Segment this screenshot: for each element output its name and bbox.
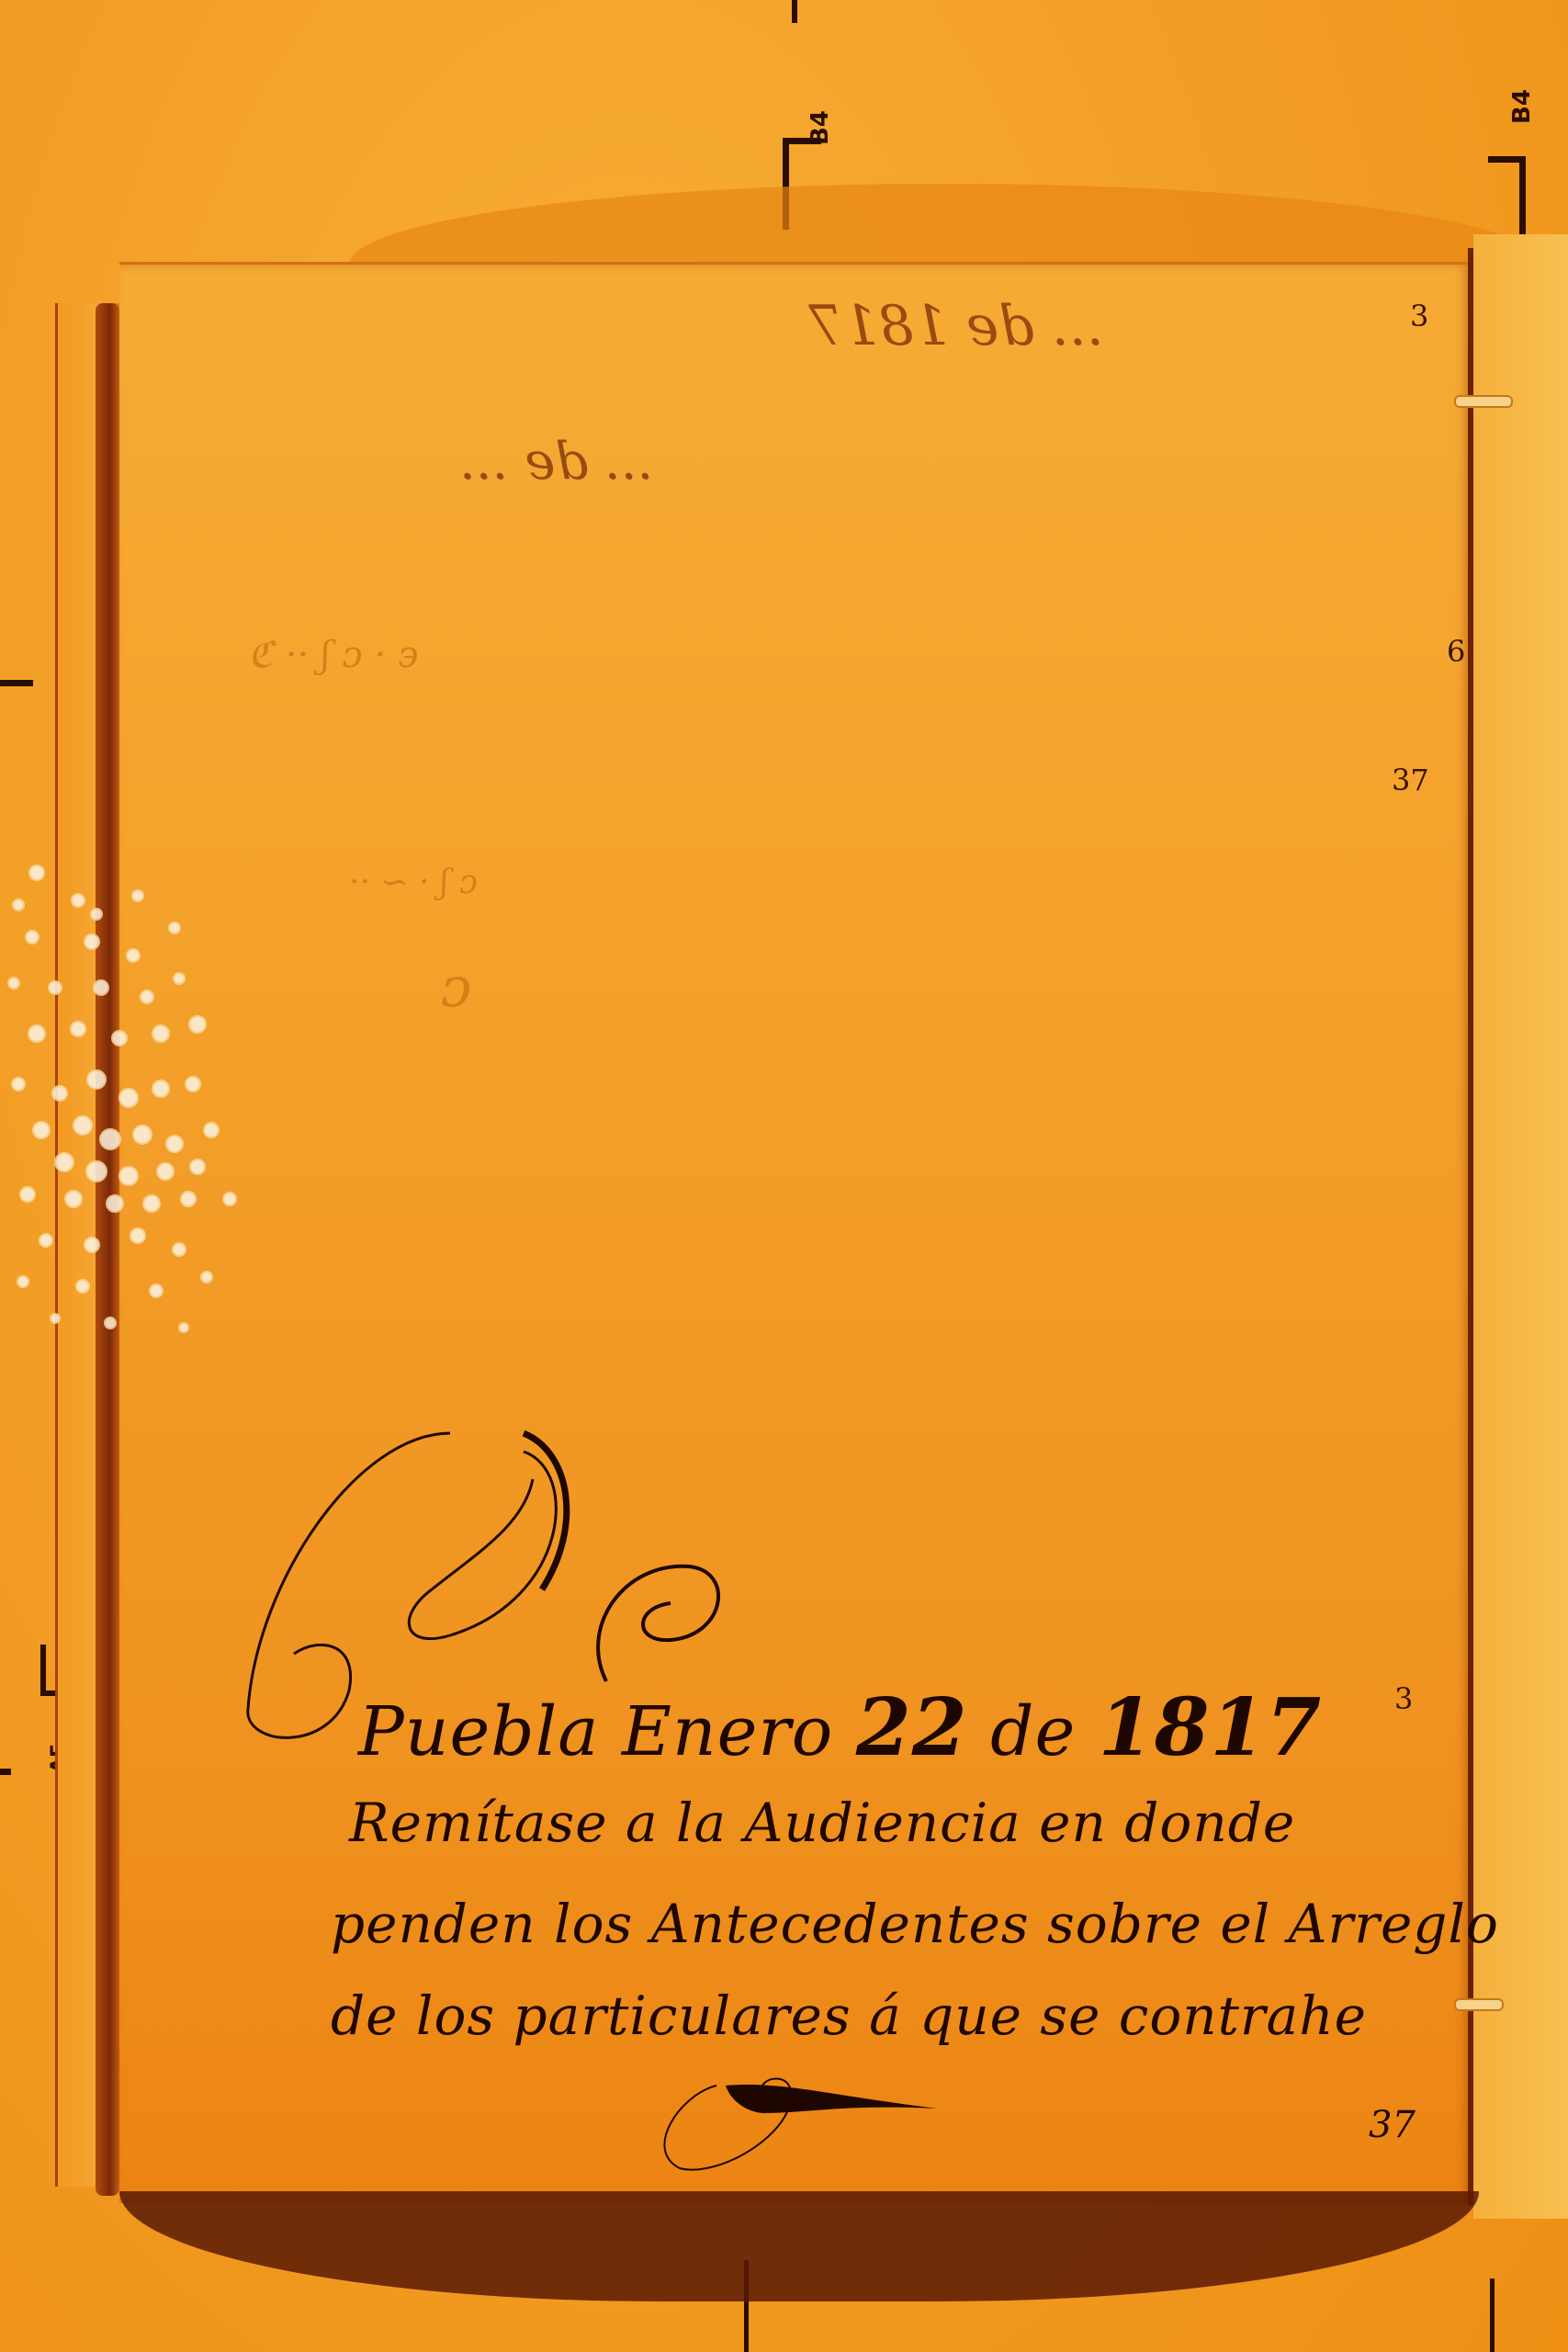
document-date-line: Puebla Enero 22 de 1817 [358,1681,1322,1774]
faint-bleed-1: ℭ ·· ʃ ᴐ · ϶ [248,634,419,676]
date-month: Enero [622,1692,833,1771]
mould-spots [0,827,248,1341]
margin-number-bottom: 3 [1394,1681,1413,1716]
binding-thread-top [1454,395,1513,408]
registration-label-b4-left: B4 [807,110,834,145]
rubric-signature [643,2058,992,2177]
manuscript-line-1: Remítase a la Audiencia en donde [349,1792,1295,1854]
registration-label-b4-right: B4 [1508,89,1536,124]
binding-thread-bottom [1454,1998,1504,2011]
bleed-through-line-1: ... de 1817 [808,294,1104,358]
crop-mark-left [0,680,33,686]
faint-bleed-2: ·· ∽ · ʃ ᴐ [349,864,478,901]
date-day: 22 [856,1681,968,1774]
folio-number: 37 [1369,2104,1416,2146]
margin-number-mid: 6 [1447,634,1465,669]
margin-number-lower: 37 [1392,763,1429,797]
crop-mark-ae-bracket-v [40,1645,46,1695]
margin-number-top: 3 [1410,299,1428,334]
date-year: 1817 [1099,1681,1322,1774]
crop-mark-left-lower [0,1769,11,1775]
calligraphic-e-flourish [570,1553,753,1690]
manuscript-line-2: penden los Antecedentes sobre el Arreglo [331,1893,1499,1955]
faint-bleed-3: ᴐ [441,955,472,1020]
bleed-through-line-2: ... de ... [459,432,653,492]
date-place: Puebla [358,1692,599,1771]
manuscript-line-3: de los particulares á que se contrahe [331,1984,1367,2047]
crop-mark-bottom-2 [1490,2278,1495,2352]
date-de: de [990,1692,1076,1771]
crop-mark-top [792,0,797,23]
